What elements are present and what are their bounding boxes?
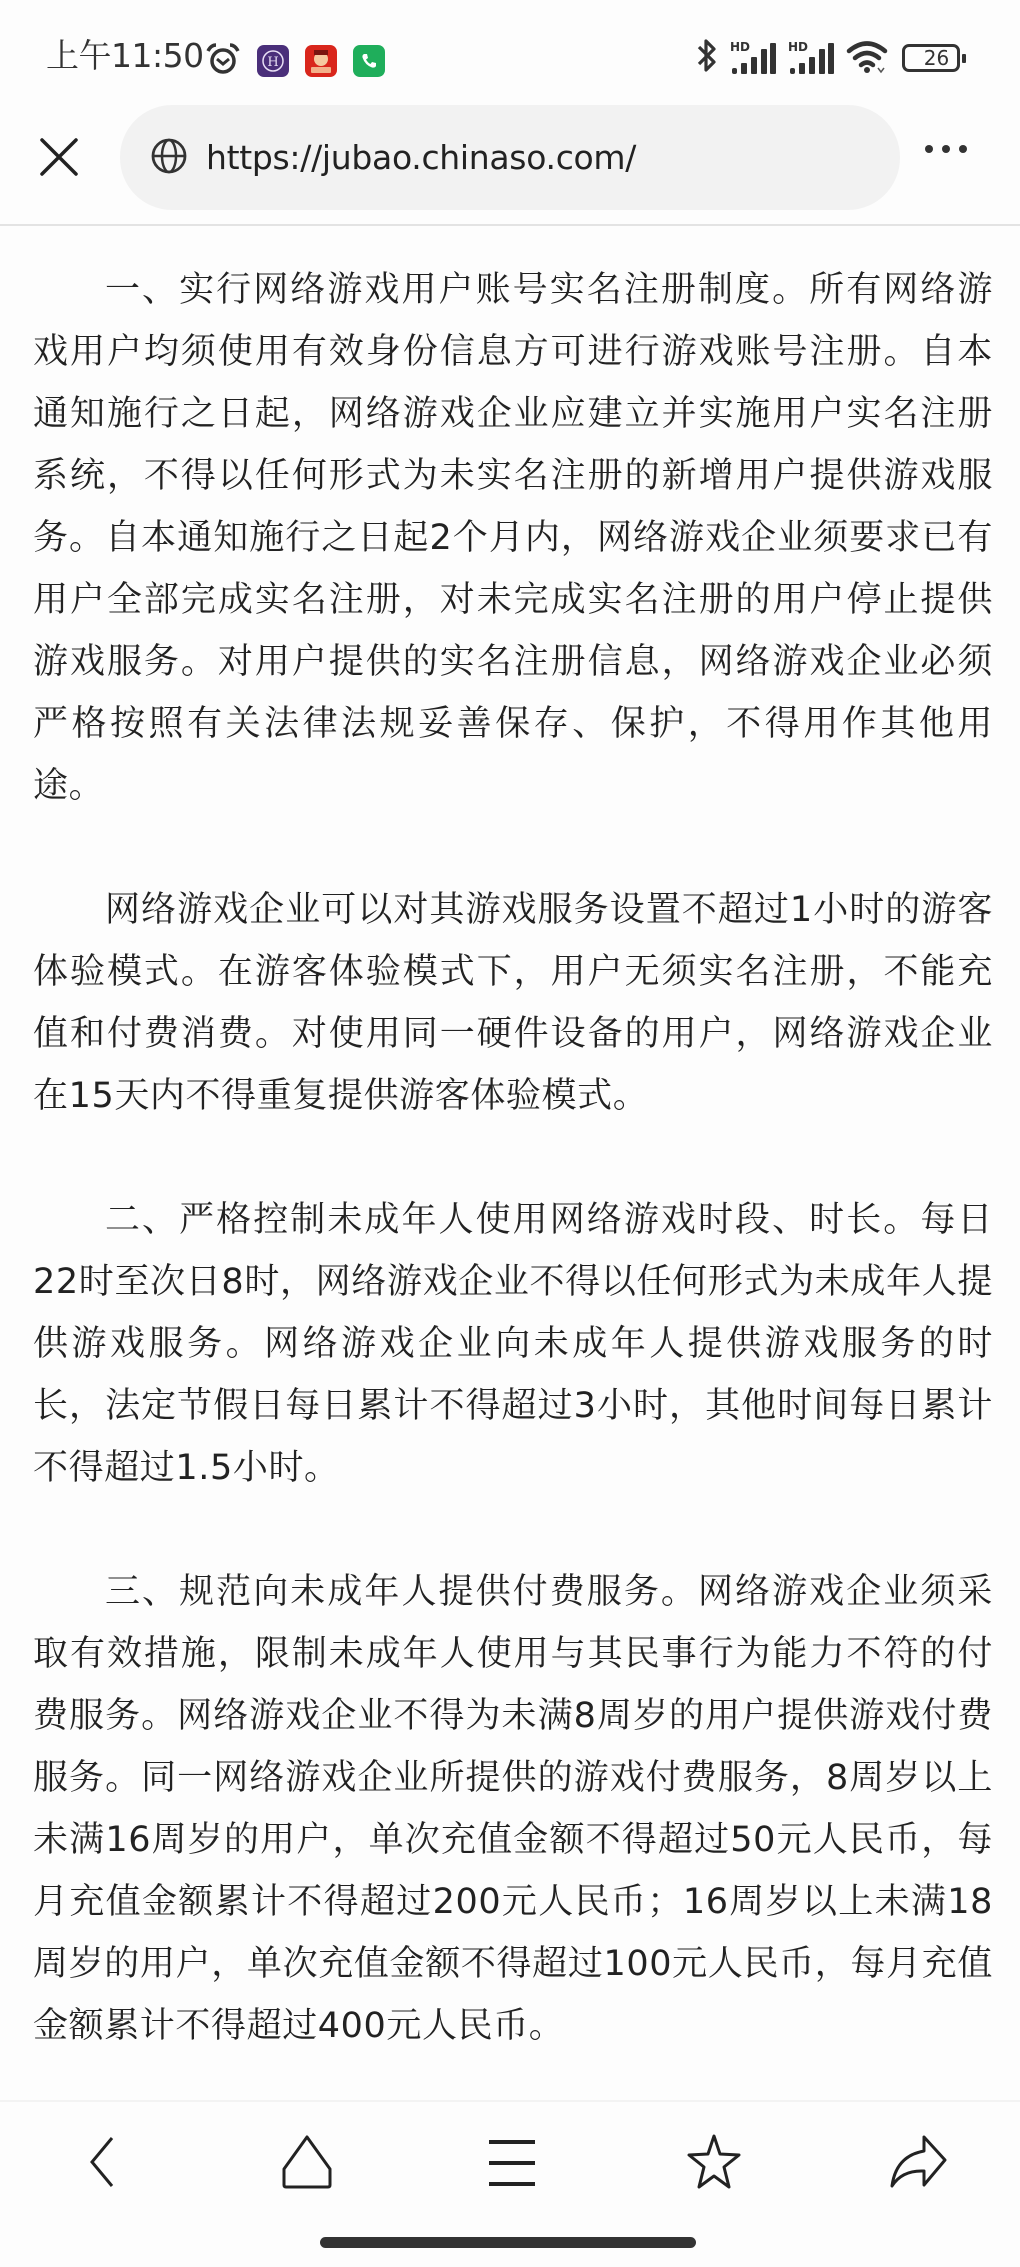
globe-icon — [150, 137, 188, 179]
svg-text:HD: HD — [730, 40, 750, 54]
app-red-character-icon — [305, 45, 337, 77]
svg-text:HD: HD — [788, 40, 808, 54]
share-button[interactable] — [888, 2132, 948, 2192]
system-status-icons: HD HD — [696, 38, 960, 78]
home-icon — [281, 2134, 333, 2190]
bookmark-button[interactable] — [684, 2132, 744, 2192]
close-button[interactable] — [38, 136, 80, 178]
back-button[interactable] — [72, 2132, 132, 2192]
battery-level: 26 — [924, 46, 949, 70]
more-dot — [925, 145, 933, 153]
signal-hd-2-icon: HD — [788, 39, 834, 77]
paragraph-guest-mode: 网络游戏企业可以对其游戏服务设置不超过1小时的游客体验模式。在游客体验模式下，用… — [33, 879, 993, 1127]
paragraph-payment-limits: 三、规范向未成年人提供付费服务。网络游戏企业须采取有效措施，限制未成年人使用与其… — [33, 1561, 993, 2057]
wifi-icon — [846, 38, 890, 78]
back-icon — [87, 2136, 117, 2188]
notification-icons: H — [205, 42, 385, 80]
more-options-button[interactable] — [925, 145, 967, 153]
menu-icon — [487, 2137, 537, 2187]
browser-toolbar: https://jubao.chinaso.com/ — [0, 105, 1020, 225]
paragraph-time-limits: 二、严格控制未成年人使用网络游戏时段、时长。每日22时至次日8时，网络游戏企业不… — [33, 1189, 993, 1499]
close-icon — [38, 136, 80, 178]
share-icon — [888, 2134, 948, 2190]
paragraph-real-name-registration: 一、实行网络游戏用户账号实名注册制度。所有网络游戏用户均须使用有效身份信息方可进… — [33, 259, 993, 817]
battery-icon: 26 — [902, 44, 960, 72]
toolbar-divider — [0, 224, 1020, 226]
home-button[interactable] — [277, 2132, 337, 2192]
phone-call-icon — [353, 45, 385, 77]
app-h-icon: H — [257, 45, 289, 77]
menu-button[interactable] — [482, 2132, 542, 2192]
status-bar: 上午11:50 H HD — [0, 0, 1020, 105]
article-body: 一、实行网络游戏用户账号实名注册制度。所有网络游戏用户均须使用有效身份信息方可进… — [33, 259, 993, 2119]
bluetooth-icon — [696, 37, 718, 79]
more-dot — [959, 145, 967, 153]
more-dot — [942, 145, 950, 153]
home-indicator[interactable] — [320, 2237, 696, 2248]
bookmark-star-icon — [685, 2133, 743, 2191]
url-text[interactable]: https://jubao.chinaso.com/ — [206, 138, 636, 177]
signal-hd-1-icon: HD — [730, 39, 776, 77]
address-bar[interactable]: https://jubao.chinaso.com/ — [120, 105, 900, 210]
svg-text:H: H — [267, 55, 278, 70]
status-time: 上午11:50 — [46, 36, 204, 76]
alarm-icon — [205, 42, 241, 80]
